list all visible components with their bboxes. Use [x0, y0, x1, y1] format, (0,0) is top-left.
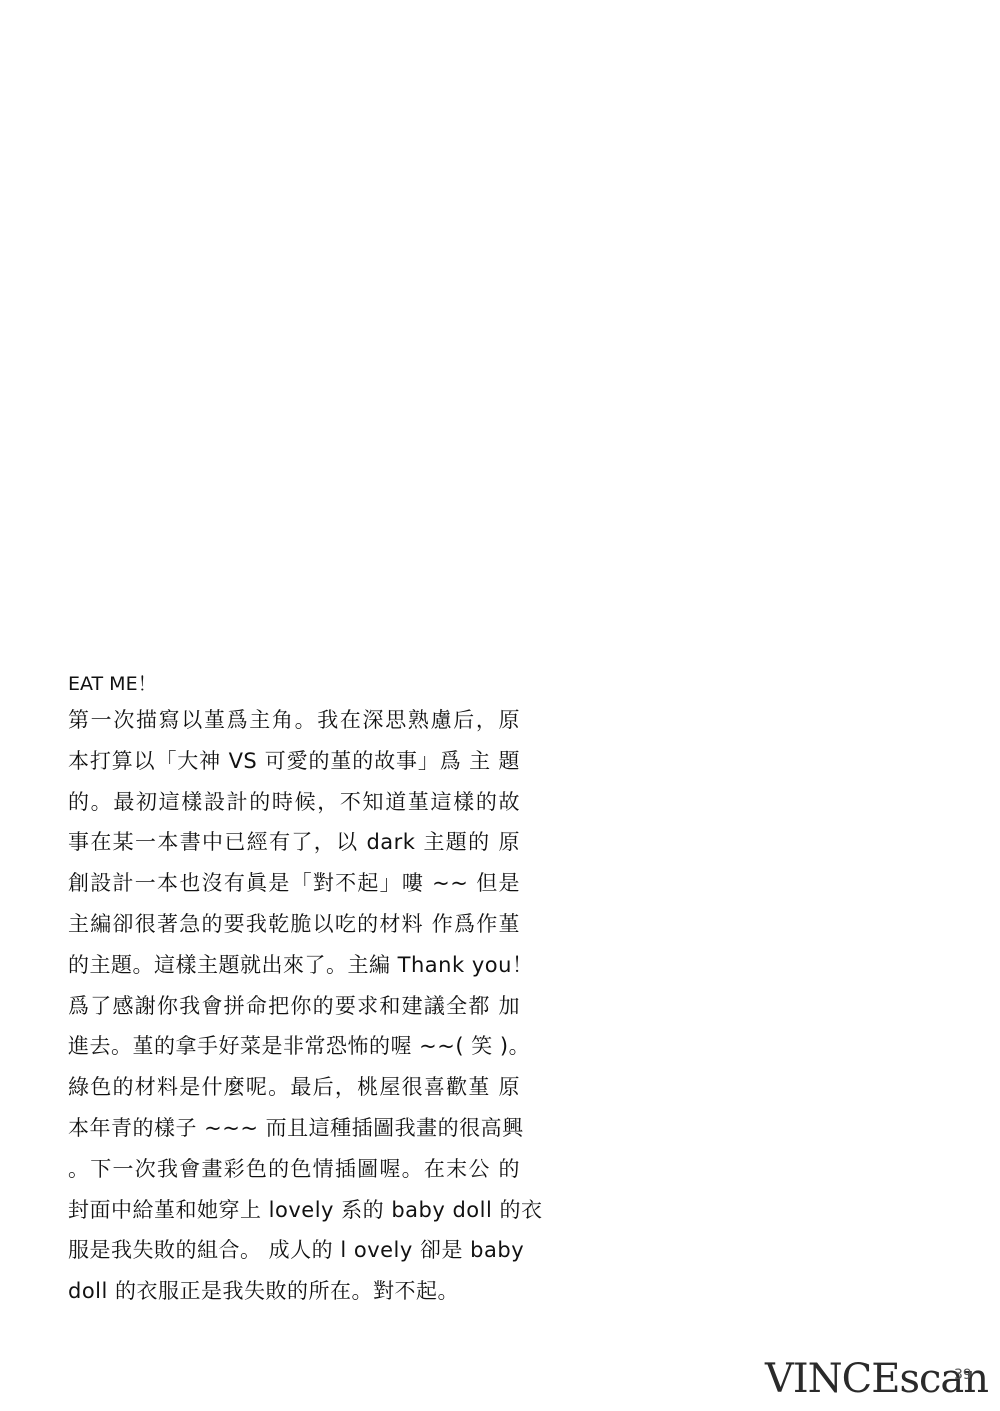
afterword-text-block: EAT ME！ 第一次描寫以堇爲主角。我在深思熟慮后，原 本打算以「大神 VS … — [68, 672, 528, 1312]
text-line: 的。最初這樣設計的時候，不知道堇這樣的故 — [68, 782, 520, 823]
afterword-heading: EAT ME！ — [68, 672, 528, 696]
text-line: 封面中給堇和她穿上 lovely 系的 baby doll 的衣 — [68, 1190, 520, 1231]
text-line: 本年青的樣子 ~~~ 而且這種插圖我畫的很高興 — [68, 1108, 520, 1149]
text-line: 爲了感謝你我會拼命把你的要求和建議全都 加 — [68, 986, 520, 1027]
text-line: doll 的衣服正是我失敗的所在。對不起。 — [68, 1271, 520, 1312]
page-number: 39 — [954, 1367, 972, 1383]
text-line: 綠色的材料是什麼呢。最后，桃屋很喜歡堇 原 — [68, 1067, 520, 1108]
text-line: 服是我失敗的組合。 成人的 l ovely 卻是 baby — [68, 1230, 520, 1271]
text-line: 的主題。這樣主題就出來了。主編 Thank you！ — [68, 945, 520, 986]
text-line: 主編卻很著急的要我乾脆以吃的材料 作爲作堇 — [68, 904, 520, 945]
text-line: 事在某一本書中已經有了，以 dark 主題的 原 — [68, 822, 520, 863]
text-line: 。下一次我會畫彩色的色情插圖喔。在末公 的 — [68, 1149, 520, 1190]
text-line: 創設計一本也沒有眞是「對不起」嘍 ~~ 但是 — [68, 863, 520, 904]
text-line: 第一次描寫以堇爲主角。我在深思熟慮后，原 — [68, 700, 520, 741]
text-line: 本打算以「大神 VS 可愛的堇的故事」爲 主 題 — [68, 741, 520, 782]
text-line: 進去。堇的拿手好菜是非常恐怖的喔 ~~( 笑 )。 — [68, 1026, 520, 1067]
